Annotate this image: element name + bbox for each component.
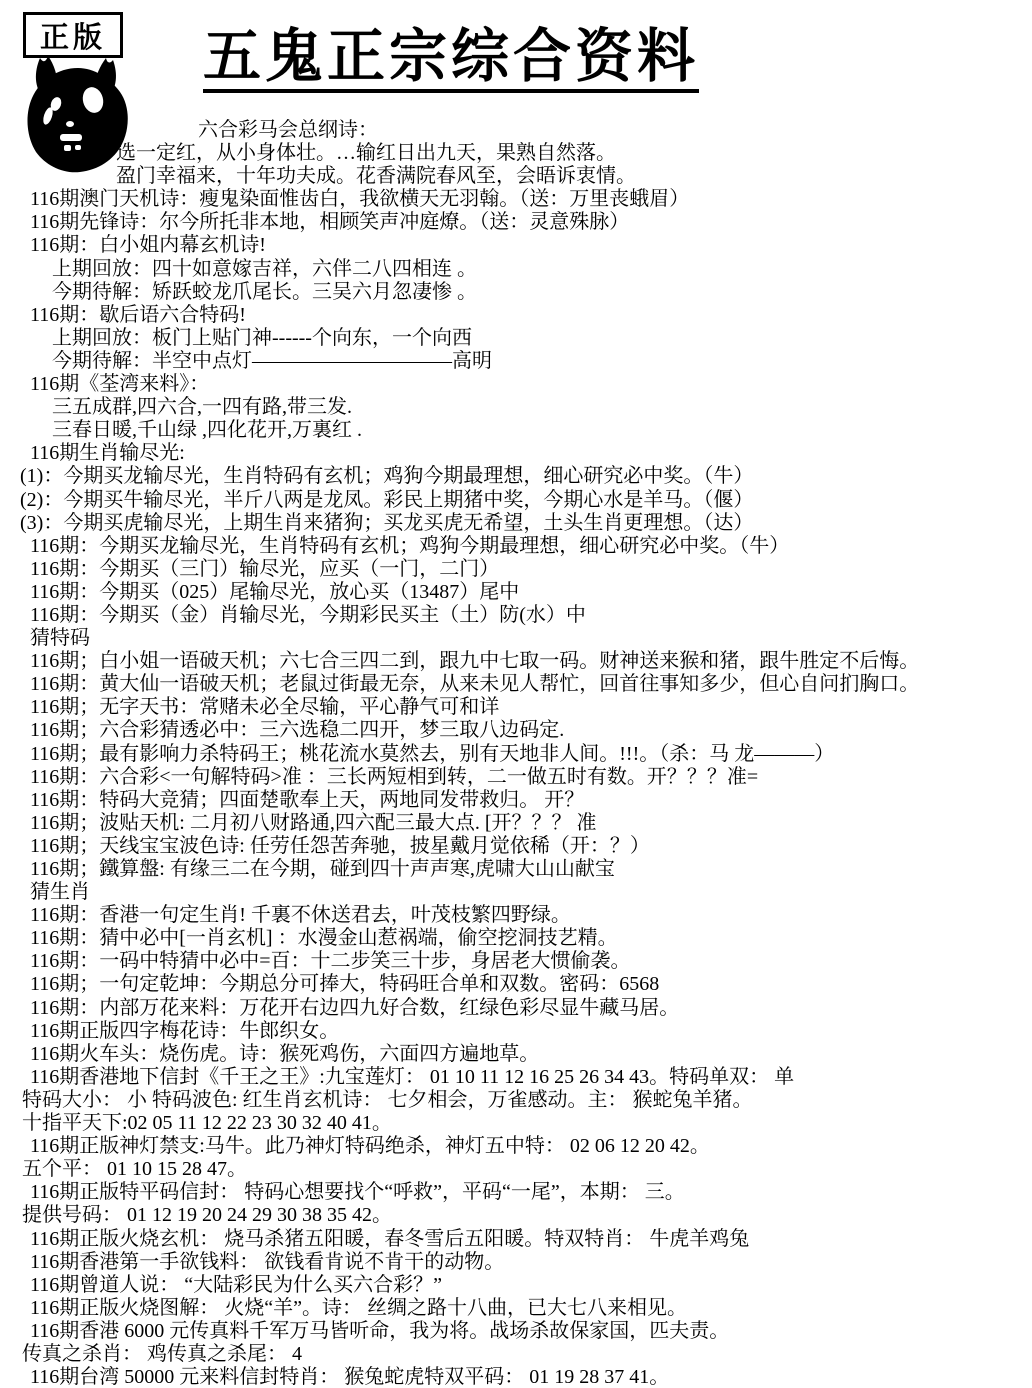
text-line: 116期先锋诗：尔今所托非本地，相顾笑声冲庭燎。（送：灵意殊脉） <box>30 211 1032 234</box>
text-line: 116期正版神灯禁支:马牛。此乃神灯特码绝杀，神灯五中特： 02 06 12 2… <box>30 1135 1032 1158</box>
text-line: 116期；最有影响力杀特码王；桃花流水莫然去，别有天地非人间。!!!。（杀：马 … <box>30 743 1032 766</box>
text-line: 特码大小： 小 特码波色: 红生肖玄机诗： 七夕相会，万雀感动。主： 猴蛇兔羊猪… <box>22 1089 1032 1112</box>
text-line: 116期生肖输尽光: <box>30 442 1032 465</box>
text-line: 116期；无字天书：常赌未必全尽输，平心静气可和详 <box>30 696 1032 719</box>
text-line: 116期香港第一手欲钱料： 欲钱看肯说不肯干的动物。 <box>30 1251 1032 1274</box>
text-line: 116期正版四字梅花诗：牛郎织女。 <box>30 1020 1032 1043</box>
text-line: 116期：黄大仙一语破天机；老鼠过街最无奈，从来未见人帮忙，回首往事知多少，但心… <box>30 673 1032 696</box>
document-body: 六合彩马会总纲诗：选一定红，从小身体壮。…输红日出九天，果熟自然落。盈门幸福来，… <box>0 119 1032 1388</box>
text-line: 十指平天下:02 05 11 12 22 23 30 32 40 41。 <box>22 1112 1032 1135</box>
text-line: 上期回放：板门上贴门神------个向东，一个向西 <box>52 327 1032 350</box>
text-line: 116期；白小姐一语破天机；六七合三四二到，跟九中七取一码。财神送来猴和猪，跟牛… <box>30 650 1032 673</box>
text-line: 116期澳门天机诗：瘦鬼染面惟齿白，我欲横天无羽翰。（送：万里丧蛾眉） <box>30 188 1032 211</box>
text-line: 116期：今期买（三门）输尽光，应买（一门，二门） <box>30 558 1032 581</box>
devil-ghost-icon <box>18 54 138 174</box>
text-line: (2)：今期买牛输尽光，半斤八两是龙凤。彩民上期猪中奖，今期心水是羊马。（偃） <box>20 489 1032 512</box>
text-line: 116期：特码大竞猜；四面楚歌奉上天，两地同发带救归。 开？ <box>30 789 1032 812</box>
text-line: 116期香港地下信封《千王之王》:九宝莲灯： 01 10 11 12 16 25… <box>30 1066 1032 1089</box>
text-line: 116期台湾 50000 元来料信封特肖： 猴兔蛇虎特双平码： 01 19 28… <box>30 1366 1032 1388</box>
text-line: 116期香港 6000 元传真料千军万马皆听命，我为将。战场杀故保家国，匹夫责。 <box>30 1320 1032 1343</box>
text-line: 今期待解：半空中点灯——————————高明 <box>52 350 1032 373</box>
text-line: 盈门幸福来，十年功夫成。花香满院春风至，会晤诉衷情。 <box>116 165 1032 188</box>
text-line: 116期正版火烧图解： 火烧“羊”。诗： 丝绸之路十八曲，已大七八来相见。 <box>30 1297 1032 1320</box>
text-line: (3)：今期买虎输尽光，上期生肖来猪狗；买龙买虎无希望，土头生肖更理想。（达） <box>20 512 1032 535</box>
text-line: 三五成群,四六合,一四有路,带三发. <box>52 396 1032 419</box>
text-line: 116期：今期买（金）肖输尽光，今期彩民买主（土）防(水）中 <box>30 604 1032 627</box>
text-line: 传真之杀肖： 鸡传真之杀尾： 4 <box>22 1343 1032 1366</box>
text-line: 116期：今期买（025）尾输尽光，放心买（13487）尾中 <box>30 581 1032 604</box>
text-line: 116期火车头：烧伤虎。诗：猴死鸡伤，六面四方遍地草。 <box>30 1043 1032 1066</box>
text-line: 116期；一句定乾坤：今期总分可捧大，特码旺合单和双数。密码：6568 <box>30 973 1032 996</box>
text-line: 三春日暖,千山绿 ,四化花开,万裏红 . <box>52 419 1032 442</box>
text-line: 116期：六合彩<一句解特码>准 ：三长两短相到转，二一做五时有数。开？？？准= <box>30 766 1032 789</box>
text-line: 116期：内部万花来料：万花开右边四九好合数，红绿色彩尽显牛藏马居。 <box>30 997 1032 1020</box>
text-line: 116期：香港一句定生肖! 千裏不休送君去，叶茂枝繁四野绿。 <box>30 904 1032 927</box>
text-line: 116期；六合彩猜透必中：三六选稳二四开，梦三取八边码定. <box>30 719 1032 742</box>
text-line: 116期：一码中特猜中必中=百：十二步笑三十步，身居老大惯偷袭。 <box>30 950 1032 973</box>
text-line: 116期：白小姐内幕玄机诗! <box>30 234 1032 257</box>
text-line: 116期；天线宝宝波色诗: 任劳任怨苦奔驰，披星戴月觉依稀（开：？） <box>30 835 1032 858</box>
text-line: 上期回放：四十如意嫁吉祥，六伴二八四相连 。 <box>52 258 1032 281</box>
text-line: 116期曾道人说： “大陆彩民为什么买六合彩？” <box>30 1274 1032 1297</box>
text-line: 六合彩马会总纲诗： <box>198 119 1032 142</box>
text-line: 猜生肖 <box>30 881 1032 904</box>
text-line: 今期待解：矫跃蛟龙爪尾长。三吴六月忽凄惨 。 <box>52 281 1032 304</box>
text-line: 116期；波贴天机: 二月初八财路通,四六配三最大点. [开？？？ 准 <box>30 812 1032 835</box>
text-line: 提供号码： 01 12 19 20 24 29 30 38 35 42。 <box>22 1204 1032 1227</box>
page-title: 五鬼正宗综合资料 <box>203 26 699 93</box>
text-line: 116期：今期买龙输尽光，生肖特码有玄机；鸡狗今期最理想，细心研究必中奖。（牛） <box>30 535 1032 558</box>
zhengban-stamp: 正版 <box>23 12 123 58</box>
text-line: 116期《荃湾来料》： <box>30 373 1032 396</box>
text-line: 116期；鐵算盤: 有缘三二在今期，碰到四十声声寒,虎啸大山山献宝 <box>30 858 1032 881</box>
text-line: 116期正版特平码信封： 特码心想要找个“呼救”，平码“一尾”，本期： 三。 <box>30 1181 1032 1204</box>
text-line: 116期：歇后语六合特码! <box>30 304 1032 327</box>
text-line: (1)：今期买龙输尽光，生肖特码有玄机；鸡狗今期最理想，细心研究必中奖。（牛） <box>20 465 1032 488</box>
text-line: 五个平： 01 10 15 28 47。 <box>22 1158 1032 1181</box>
text-line: 116期正版火烧玄机： 烧马杀猪五阳暖，春冬雪后五阳暖。特双特肖： 牛虎羊鸡兔 <box>30 1228 1032 1251</box>
text-line: 猜特码 <box>30 627 1032 650</box>
text-line: 116期：猜中必中[一肖玄机] ：水漫金山惹祸端，偷空挖洞技艺精。 <box>30 927 1032 950</box>
text-line: 选一定红，从小身体壮。…输红日出九天，果熟自然落。 <box>116 142 1032 165</box>
zhengban-stamp-label: 正版 <box>40 15 106 56</box>
